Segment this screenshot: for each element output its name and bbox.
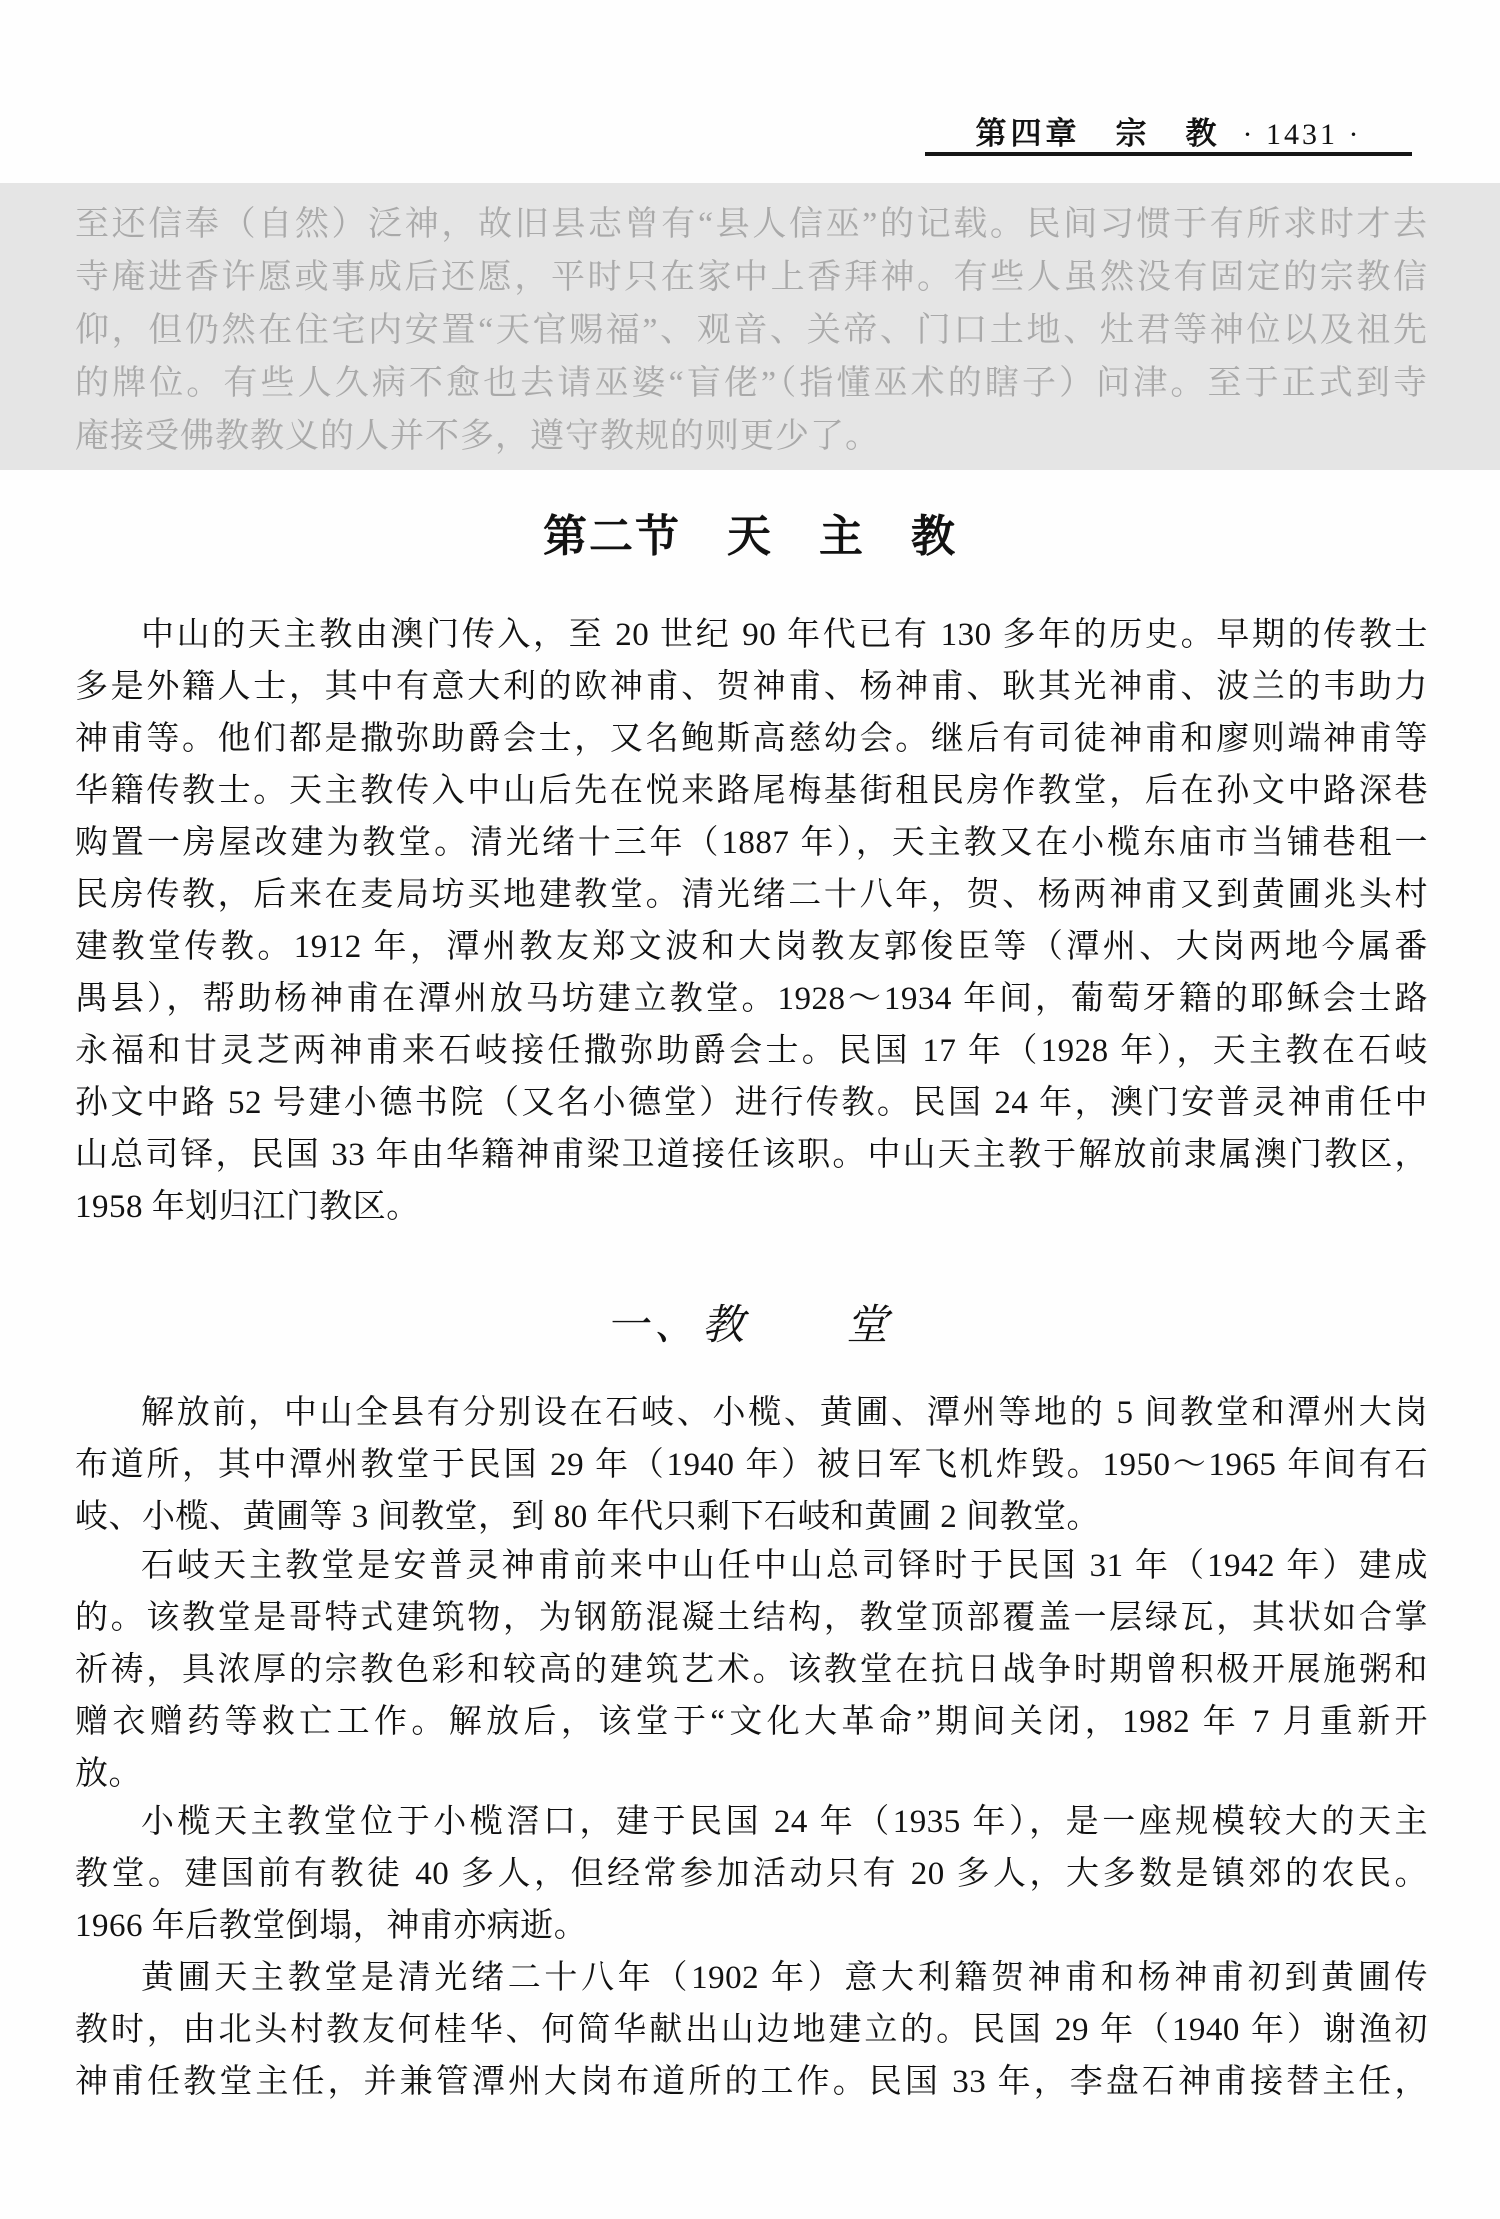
paragraph-huangpu-church: 黄圃天主教堂是清光绪二十八年（1902 年）意大利籍贺神甫和杨神甫初到黄圃传 教…	[75, 1952, 1428, 2108]
text-line: 1966 年后教堂倒塌，神甫亦病逝。	[75, 1900, 1428, 1952]
text-line: 黄圃天主教堂是清光绪二十八年（1902 年）意大利籍贺神甫和杨神甫初到黄圃传	[75, 1952, 1428, 2004]
text-line: 小榄天主教堂位于小榄滘口，建于民国 24 年（1935 年），是一座规模较大的天…	[75, 1796, 1428, 1848]
text-line: 永福和甘灵芝两神甫来石岐接任撒弥助爵会士。民国 17 年（1928 年），天主教…	[75, 1025, 1428, 1077]
text-line: 禺县），帮助杨神甫在潭州放马坊建立教堂。1928～1934 年间，葡萄牙籍的耶稣…	[75, 973, 1428, 1025]
book-page: 第四章 宗 教 · 1431 · 至还信奉（自然）泛神，故旧县志曾有“县人信巫”…	[0, 0, 1500, 2219]
faded-line: 寺庵进香许愿或事成后还愿，平时只在家中上香拜神。有些人虽然没有固定的宗教信	[75, 251, 1428, 304]
text-line: 放。	[75, 1748, 1428, 1800]
page-number: · 1431 ·	[1243, 118, 1362, 152]
text-line: 赠衣赠药等救亡工作。解放后，该堂于“文化大革命”期间关闭，1982 年 7 月重…	[75, 1696, 1428, 1748]
text-line: 岐、小榄、黄圃等 3 间教堂，到 80 年代只剩下石岐和黄圃 2 间教堂。	[75, 1491, 1428, 1543]
text-line: 神甫等。他们都是撒弥助爵会士，又名鲍斯高慈幼会。继后有司徒神甫和廖则端神甫等	[75, 713, 1428, 765]
faded-line: 仰，但仍然在住宅内安置“天官赐福”、观音、关帝、门口土地、灶君等神位以及祖先	[75, 304, 1428, 357]
text-line: 多是外籍人士，其中有意大利的欧神甫、贺神甫、杨神甫、耿其光神甫、波兰的韦助力	[75, 661, 1428, 713]
page-header: 第四章 宗 教 · 1431 ·	[925, 108, 1412, 152]
text-line: 教时，由北头村教友何桂华、何简华献出山边地建立的。民国 29 年（1940 年）…	[75, 2004, 1428, 2056]
text-line: 1958 年划归江门教区。	[75, 1181, 1428, 1233]
paragraph-intro: 中山的天主教由澳门传入，至 20 世纪 90 年代已有 130 多年的历史。早期…	[75, 609, 1428, 1233]
text-line: 民房传教，后来在麦局坊买地建教堂。清光绪二十八年，贺、杨两神甫又到黄圃兆头村	[75, 869, 1428, 921]
text-line: 建教堂传教。1912 年，潭州教友郑文波和大岗教友郭俊臣等（潭州、大岗两地今属番	[75, 921, 1428, 973]
faded-line: 至还信奉（自然）泛神，故旧县志曾有“县人信巫”的记载。民间习惯于有所求时才去	[75, 198, 1428, 251]
text-line: 购置一房屋改建为教堂。清光绪十三年（1887 年），天主教又在小榄东庙市当铺巷租…	[75, 817, 1428, 869]
header-rule	[925, 152, 1412, 156]
text-line: 山总司铎，民国 33 年由华籍神甫梁卫道接任该职。中山天主教于解放前隶属澳门教区…	[75, 1129, 1428, 1181]
section-title: 第二节 天 主 教	[0, 500, 1500, 560]
text-line: 的。该教堂是哥特式建筑物，为钢筋混凝土结构，教堂顶部覆盖一层绿瓦，其状如合掌	[75, 1592, 1428, 1644]
text-line: 孙文中路 52 号建小德书院（又名小德堂）进行传教。民国 24 年，澳门安普灵神…	[75, 1077, 1428, 1129]
subsection-title: 一、教 堂	[0, 1292, 1500, 1352]
text-line: 教堂。建国前有教徒 40 多人，但经常参加活动只有 20 多人，大多数是镇郊的农…	[75, 1848, 1428, 1900]
paragraph-shiqi-church: 石岐天主教堂是安普灵神甫前来中山任中山总司铎时于民国 31 年（1942 年）建…	[75, 1540, 1428, 1800]
text-line: 石岐天主教堂是安普灵神甫前来中山任中山总司铎时于民国 31 年（1942 年）建…	[75, 1540, 1428, 1592]
faded-line: 的牌位。有些人久病不愈也去请巫婆“盲佬”（指懂巫术的瞎子）问津。至于正式到寺	[75, 357, 1428, 410]
faded-line: 庵接受佛教教义的人并不多，遵守教规的则更少了。	[75, 410, 1428, 463]
paragraph-churches-overview: 解放前，中山全县有分别设在石岐、小榄、黄圃、潭州等地的 5 间教堂和潭州大岗 布…	[75, 1387, 1428, 1543]
faded-carryover-paragraph: 至还信奉（自然）泛神，故旧县志曾有“县人信巫”的记载。民间习惯于有所求时才去 寺…	[0, 183, 1500, 470]
text-line: 神甫任教堂主任，并兼管潭州大岗布道所的工作。民国 33 年，李盘石神甫接替主任，	[75, 2056, 1428, 2108]
text-line: 中山的天主教由澳门传入，至 20 世纪 90 年代已有 130 多年的历史。早期…	[75, 609, 1428, 661]
text-line: 布道所，其中潭州教堂于民国 29 年（1940 年）被日军飞机炸毁。1950～1…	[75, 1439, 1428, 1491]
text-line: 祈祷，具浓厚的宗教色彩和较高的建筑艺术。该教堂在抗日战争时期曾积极开展施粥和	[75, 1644, 1428, 1696]
paragraph-xiaolan-church: 小榄天主教堂位于小榄滘口，建于民国 24 年（1935 年），是一座规模较大的天…	[75, 1796, 1428, 1952]
text-line: 华籍传教士。天主教传入中山后先在悦来路尾梅基街租民房作教堂，后在孙文中路深巷	[75, 765, 1428, 817]
text-line: 解放前，中山全县有分别设在石岐、小榄、黄圃、潭州等地的 5 间教堂和潭州大岗	[75, 1387, 1428, 1439]
chapter-title: 第四章 宗 教	[976, 108, 1221, 153]
